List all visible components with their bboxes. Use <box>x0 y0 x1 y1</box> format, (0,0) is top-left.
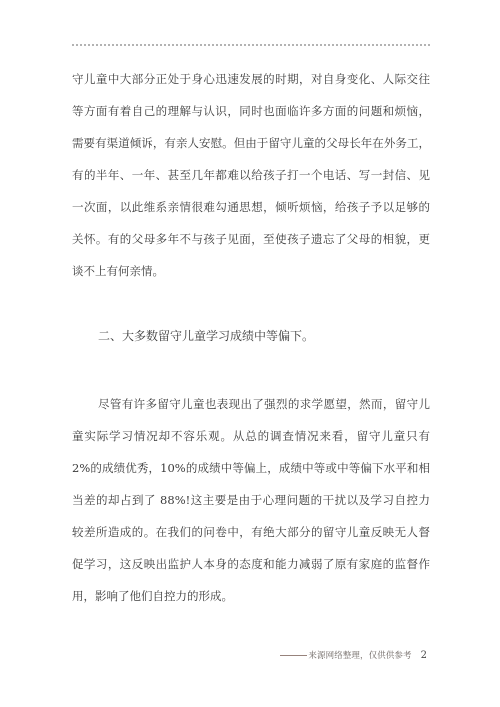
paragraph-2-line: 2%的成绩优秀，10%的成绩中等偏上，成绩中等或中等偏下水平和相 <box>72 452 430 484</box>
paragraph-1-line: 等方面有着自己的理解与认识，同时也面临许多方面的问题和烦恼， <box>72 95 430 127</box>
paragraph-2-line: 较差所造成的。在我们的问卷中，有绝大部分的留守儿童反映无人督 <box>72 516 430 548</box>
footer-dash-line <box>280 655 307 656</box>
paragraph-2-line: 促学习，这反映出监护人本身的态度和能力减弱了原有家庭的监督作 <box>72 548 430 580</box>
document-page: 守儿童中大部分正处于身心迅速发展的时期，对自身变化、人际交往 等方面有着自己的理… <box>0 0 500 707</box>
footer-page-number: 2 <box>421 650 427 661</box>
paragraph-1-line: 需要有渠道倾诉，有亲人安慰。但由于留守儿童的父母长年在外务工， <box>72 127 430 159</box>
footer-source-text: 来源网络整理，仅供供参考 <box>308 649 411 661</box>
paragraph-1-line: 谈不上有何亲情。 <box>72 255 430 287</box>
paragraph-2-line: 当差的却占到了 88%!这主要是由于心理问题的干扰以及学习自控力 <box>72 484 430 516</box>
document-body: 守儿童中大部分正处于身心迅速发展的时期，对自身变化、人际交往 等方面有着自己的理… <box>72 55 430 612</box>
paragraph-1-line: 守儿童中大部分正处于身心迅速发展的时期，对自身变化、人际交往 <box>72 63 430 95</box>
paragraph-1-line: 一次面，以此维系亲情很难勾通思想，倾听烦恼，给孩子予以足够的 <box>72 191 430 223</box>
page-footer: 来源网络整理，仅供供参考 2 <box>280 646 427 664</box>
paragraph-1: 守儿童中大部分正处于身心迅速发展的时期，对自身变化、人际交往 等方面有着自己的理… <box>72 63 430 287</box>
paragraph-1-line: 关怀。有的父母多年不与孩子见面，至使孩子遗忘了父母的相貌，更 <box>72 223 430 255</box>
section-heading-2: 二、大多数留守儿童学习成绩中等偏下。 <box>72 320 430 352</box>
paragraph-2: 尽管有许多留守儿童也表现出了强烈的求学愿望，然而，留守儿 童实际学习情况却不容乐… <box>72 388 430 612</box>
paragraph-2-line: 童实际学习情况却不容乐观。从总的调查情况来看，留守儿童只有 <box>72 420 430 452</box>
paragraph-1-line: 有的半年、一年、甚至几年都难以给孩子打一个电话、写一封信、见 <box>72 159 430 191</box>
header-dotted-separator <box>72 44 430 46</box>
paragraph-2-line: 尽管有许多留守儿童也表现出了强烈的求学愿望，然而，留守儿 <box>72 388 430 420</box>
paragraph-2-line: 用，影响了他们自控力的形成。 <box>72 580 430 612</box>
